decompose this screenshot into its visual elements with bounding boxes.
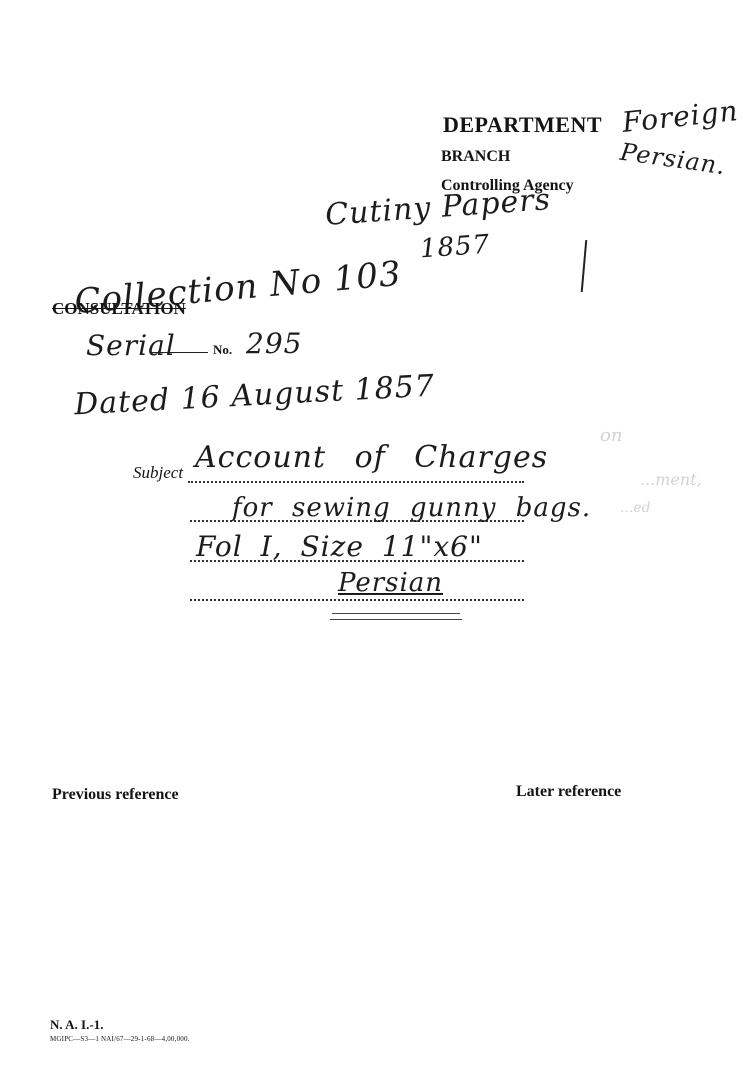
subject-dotted-line: [190, 599, 524, 601]
subject-double-underline: [330, 619, 462, 620]
subject-label: Subject: [133, 463, 183, 483]
controlling-agency-value: Cutiny Papers: [324, 182, 552, 233]
file-cover-page: DEPARTMENT Foreign BRANCH Persian. Contr…: [0, 0, 743, 1075]
pen-stroke-mark: [581, 240, 588, 292]
serial-number: 295: [246, 327, 302, 360]
controlling-agency-year: 1857: [419, 230, 491, 265]
later-reference-label: Later reference: [516, 783, 621, 801]
serial-handwritten-prefix: Serial: [86, 329, 176, 362]
branch-label: BRANCH: [441, 148, 510, 166]
serial-underline: [150, 352, 208, 353]
subject-line-2: for sewing gunny bags.: [232, 493, 591, 523]
previous-reference-label: Previous reference: [52, 786, 179, 804]
bleedthrough-text: ...ment,: [640, 470, 702, 489]
form-code: N. A. I.-1.: [50, 1017, 103, 1033]
printer-imprint: MGIPC—S3—1 NAI/67—29-1-68—4,00,000.: [50, 1035, 190, 1043]
consultation-label-struck: CONSULTATION: [52, 299, 186, 319]
bleedthrough-text: on: [600, 425, 622, 446]
department-label: DEPARTMENT: [443, 112, 602, 138]
subject-dotted-line: [188, 481, 524, 483]
department-value: Foreign: [621, 94, 740, 139]
subject-line-4: Persian: [338, 568, 443, 598]
serial-no-label: No.: [213, 342, 232, 358]
bleedthrough-text: ...ed: [620, 500, 651, 516]
branch-value: Persian.: [619, 138, 728, 180]
subject-line-1: Account of Charges: [195, 440, 548, 475]
subject-line-3: Fol I, Size 11"x6": [196, 530, 483, 563]
subject-double-underline: [332, 613, 460, 614]
dated-entry: Dated 16 August 1857: [73, 369, 435, 423]
